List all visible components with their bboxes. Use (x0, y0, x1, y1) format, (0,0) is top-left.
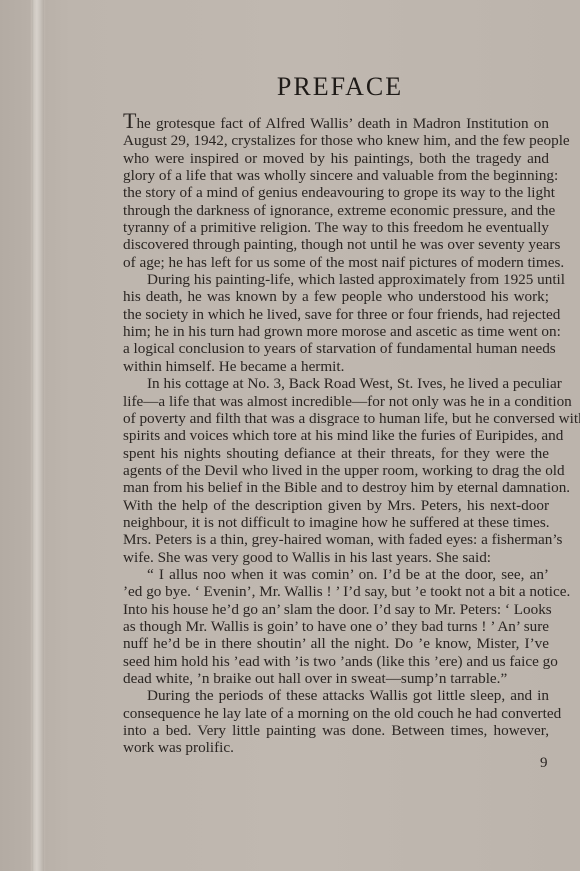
line-text: he grotesque fact of Alfred Wallis’ deat… (136, 115, 549, 132)
line-text: the story of a mind of genius endeavouri… (123, 184, 555, 201)
text-line: seed him hold his ’ead with ’is two ’and… (123, 653, 549, 670)
text-line: as though Mr. Wallis is goin’ to have on… (123, 618, 549, 635)
line-text: of poverty and filth that was a disgrace… (123, 410, 580, 427)
line-text: Into his house he’d go an’ slam the door… (123, 601, 552, 618)
line-text: tyranny of a primitive religion. The way… (123, 219, 549, 236)
line-text: agents of the Devil who lived in the upp… (123, 462, 565, 479)
page-number: 9 (540, 755, 548, 772)
text-line: In his cottage at No. 3, Back Road West,… (123, 375, 549, 392)
line-text: work was prolific. (123, 739, 234, 756)
line-text: a logical conclusion to years of starvat… (123, 340, 556, 357)
text-line: the society in which he lived, save for … (123, 306, 549, 323)
text-line: During his painting-life, which lasted a… (123, 271, 549, 288)
text-line: spirits and voices which tore at his min… (123, 427, 549, 444)
text-line: a logical conclusion to years of starvat… (123, 340, 549, 357)
line-text: seed him hold his ’ead with ’is two ’and… (123, 653, 558, 670)
text-line: neighbour, it is not difficult to imagin… (123, 514, 549, 531)
line-text: dead white, ’n braike out hall over in s… (123, 670, 507, 687)
text-line: Into his house he’d go an’ slam the door… (123, 601, 549, 618)
line-text: August 29, 1942, crystalizes for those w… (123, 132, 570, 149)
text-line: the story of a mind of genius endeavouri… (123, 184, 549, 201)
line-text: as though Mr. Wallis is goin’ to have on… (123, 618, 549, 635)
line-text: through the darkness of ignorance, extre… (123, 202, 555, 219)
line-text: discovered through painting, though not … (123, 236, 560, 253)
text-line: dead white, ’n braike out hall over in s… (123, 670, 549, 687)
page-title: PREFACE (123, 70, 549, 104)
text-line: of poverty and filth that was a disgrace… (123, 410, 549, 427)
text-line: work was prolific. (123, 739, 549, 756)
line-text: nuff he’d be in there shoutin’ all the n… (123, 635, 549, 652)
body-text: The grotesque fact of Alfred Wallis’ dea… (123, 115, 549, 757)
text-line: discovered through painting, though not … (123, 236, 549, 253)
text-line: With the help of the description given b… (123, 497, 549, 514)
line-text: glory of a life that was wholly sincere … (123, 167, 558, 184)
text-line: During the periods of these attacks Wall… (123, 687, 549, 704)
line-text: man from his belief in the Bible and to … (123, 479, 570, 496)
text-line: man from his belief in the Bible and to … (123, 479, 549, 496)
text-line: glory of a life that was wholly sincere … (123, 167, 549, 184)
line-text: During his painting-life, which lasted a… (147, 271, 565, 288)
line-text: ’ed go bye. ‘ Evenin’, Mr. Wallis ! ’ I’… (123, 583, 570, 600)
line-text: “ I allus noo when it was comin’ on. I’d… (147, 566, 549, 583)
text-line: nuff he’d be in there shoutin’ all the n… (123, 635, 549, 652)
line-text: Mrs. Peters is a thin, grey-haired woman… (123, 531, 562, 548)
book-spine (32, 0, 44, 871)
text-line: agents of the Devil who lived in the upp… (123, 462, 549, 479)
line-text: of age; he has left for us some of the m… (123, 254, 564, 271)
line-text: his death, he was known by a few people … (123, 288, 549, 305)
line-text: within himself. He became a hermit. (123, 358, 344, 375)
book-page: PREFACE The grotesque fact of Alfred Wal… (123, 70, 549, 757)
line-text: neighbour, it is not difficult to imagin… (123, 514, 550, 531)
text-line: through the darkness of ignorance, extre… (123, 202, 549, 219)
text-line: of age; he has left for us some of the m… (123, 254, 549, 271)
line-text: spirits and voices which tore at his min… (123, 427, 563, 444)
line-text: In his cottage at No. 3, Back Road West,… (147, 375, 562, 392)
text-line: August 29, 1942, crystalizes for those w… (123, 132, 549, 149)
drop-cap: T (123, 108, 136, 133)
text-line: who were inspired or moved by his painti… (123, 150, 549, 167)
text-line: life—a life that was almost incredible—f… (123, 393, 549, 410)
line-text: With the help of the description given b… (123, 497, 549, 514)
line-text: him; he in his turn had grown more moros… (123, 323, 561, 340)
text-line: him; he in his turn had grown more moros… (123, 323, 549, 340)
line-text: wife. She was very good to Wallis in his… (123, 549, 491, 566)
line-text: the society in which he lived, save for … (123, 306, 560, 323)
text-line: into a bed. Very little painting was don… (123, 722, 549, 739)
text-line: “ I allus noo when it was comin’ on. I’d… (123, 566, 549, 583)
line-text: who were inspired or moved by his painti… (123, 150, 549, 167)
text-line: The grotesque fact of Alfred Wallis’ dea… (123, 115, 549, 132)
line-text: life—a life that was almost incredible—f… (123, 393, 572, 410)
text-line: wife. She was very good to Wallis in his… (123, 549, 549, 566)
line-text: spent his nights shouting defiance at th… (123, 445, 549, 462)
text-line: spent his nights shouting defiance at th… (123, 445, 549, 462)
text-line: Mrs. Peters is a thin, grey-haired woman… (123, 531, 549, 548)
text-line: tyranny of a primitive religion. The way… (123, 219, 549, 236)
text-line: consequence he lay late of a morning on … (123, 705, 549, 722)
line-text: into a bed. Very little painting was don… (123, 722, 549, 739)
line-text: During the periods of these attacks Wall… (147, 687, 549, 704)
text-line: ’ed go bye. ‘ Evenin’, Mr. Wallis ! ’ I’… (123, 583, 549, 600)
text-line: within himself. He became a hermit. (123, 358, 549, 375)
line-text: consequence he lay late of a morning on … (123, 705, 561, 722)
text-line: his death, he was known by a few people … (123, 288, 549, 305)
